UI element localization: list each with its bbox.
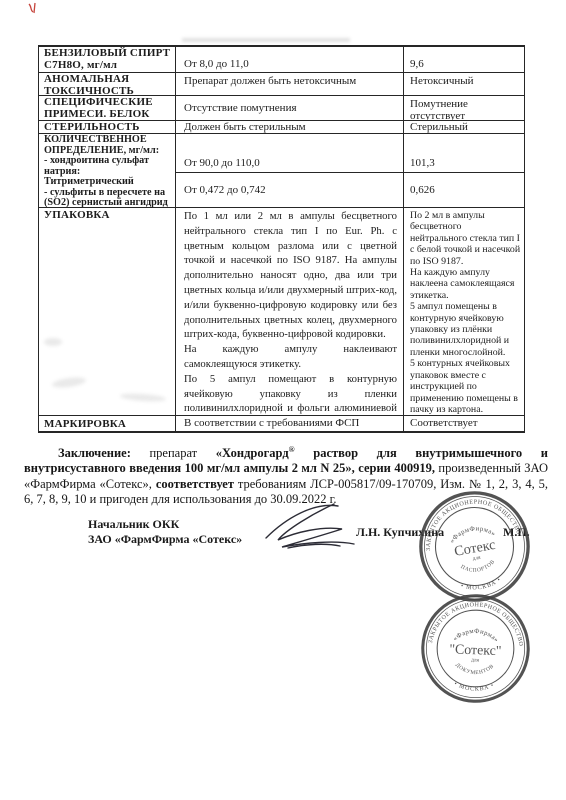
spec-chondroitin: От 90,0 до 110,0 xyxy=(176,134,403,173)
stamp-for-text: для xyxy=(472,555,481,562)
round-stamp-documents: ЗАКРЫТОЕ АКЦИОНЕРНОЕ ОБЩЕСТВО • МОСКВА •… xyxy=(413,589,538,708)
table-row-benzyl-alcohol: БЕНЗИЛОВЫЙ СПИРТС7Н8О, мг/мл От 8,0 до 1… xyxy=(39,47,524,73)
page: БЕНЗИЛОВЫЙ СПИРТС7Н8О, мг/мл От 8,0 до 1… xyxy=(0,0,566,800)
quantitative-result-column: 101,3 0,626 xyxy=(404,134,524,207)
red-pen-mark xyxy=(26,2,40,15)
spec-marking: В соответствии с требованиями ФСП xyxy=(176,416,404,431)
table-row-quantitative: КОЛИЧЕСТВЕННОЕОПРЕДЕЛЕНИЕ, мг/мл:- хондр… xyxy=(39,134,524,208)
row-label-quantitative: КОЛИЧЕСТВЕННОЕОПРЕДЕЛЕНИЕ, мг/мл:- хондр… xyxy=(39,134,176,207)
row-label-sterility: СТЕРИЛЬНОСТЬ xyxy=(39,121,176,133)
stamp-purpose-text: ДОКУМЕНТОВ xyxy=(454,662,496,677)
result-benzyl-alcohol: 9,6 xyxy=(404,47,524,72)
result-chondroitin: 101,3 xyxy=(404,134,524,173)
result-marking: Соответствует xyxy=(404,416,524,431)
result-packaging: По 2 мл в ампулы бесцветного нейтральног… xyxy=(404,208,524,415)
stamp-for-text: для xyxy=(471,657,480,663)
result-specific-impurities: Помутнение отсутствует xyxy=(404,96,524,120)
result-toxicity: Нетоксичный xyxy=(404,73,524,95)
spec-specific-impurities: Отсутствие помутнения xyxy=(176,96,404,120)
table-row-toxicity: АНОМАЛЬНАЯТОКСИЧНОСТЬ Препарат должен бы… xyxy=(39,73,524,96)
handwritten-signature xyxy=(252,494,370,556)
table-row-specific-impurities: СПЕЦИФИЧЕСКИЕПРИМЕСИ. БЕЛОК Отсутствие п… xyxy=(39,96,524,121)
spec-sterility: Должен быть стерильным xyxy=(176,121,404,133)
result-sterility: Стерильный xyxy=(404,121,524,133)
scanned-document-page: { "table": { "rows": [ { "label_lines": … xyxy=(0,0,566,800)
quantitative-spec-column: От 90,0 до 110,0 От 0,472 до 0,742 xyxy=(176,134,404,207)
spec-packaging: По 1 мл или 2 мл в ампулы бесцветного не… xyxy=(176,208,404,415)
table-row-marking: МАРКИРОВКА В соответствии с требованиями… xyxy=(39,416,524,432)
row-label-marking: МАРКИРОВКА xyxy=(39,416,176,431)
row-label-benzyl-alcohol: БЕНЗИЛОВЫЙ СПИРТС7Н8О, мг/мл xyxy=(39,47,176,72)
signoff-role: Начальник ОККЗАО «ФармФирма «Сотекс» xyxy=(88,517,242,547)
spec-benzyl-alcohol: От 8,0 до 11,0 xyxy=(176,47,404,72)
spec-table: БЕНЗИЛОВЫЙ СПИРТС7Н8О, мг/мл От 8,0 до 1… xyxy=(38,45,525,433)
table-row-sterility: СТЕРИЛЬНОСТЬ Должен быть стерильным Стер… xyxy=(39,121,524,134)
row-label-packaging: УПАКОВКА xyxy=(39,208,176,415)
spec-sulfites: От 0,472 до 0,742 xyxy=(176,173,403,207)
svg-text:ДОКУМЕНТОВ: ДОКУМЕНТОВ xyxy=(454,662,496,677)
stamp-firm-text: «ФармФирма» xyxy=(452,627,501,644)
result-sulfites: 0,626 xyxy=(404,173,524,207)
scan-smudge xyxy=(182,38,350,42)
row-label-specific-impurities: СПЕЦИФИЧЕСКИЕПРИМЕСИ. БЕЛОК xyxy=(39,96,176,120)
row-label-toxicity: АНОМАЛЬНАЯТОКСИЧНОСТЬ xyxy=(39,73,176,95)
svg-text:«ФармФирма»: «ФармФирма» xyxy=(452,627,501,644)
table-row-packaging: УПАКОВКА По 1 мл или 2 мл в ампулы бесцв… xyxy=(39,208,524,416)
spec-toxicity: Препарат должен быть нетоксичным xyxy=(176,73,404,95)
